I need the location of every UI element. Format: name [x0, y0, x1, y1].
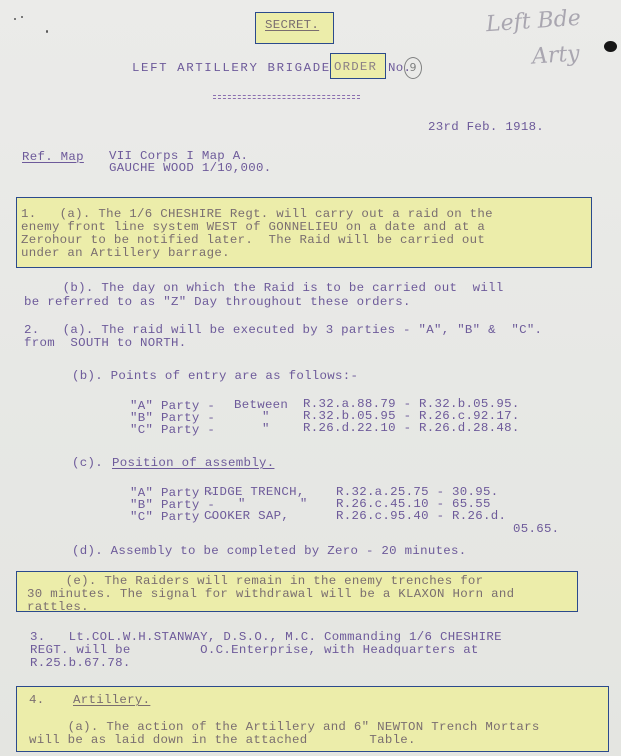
section-4-number: 4. — [29, 694, 44, 706]
section-1b-line: be referred to as "Z" Day throughout the… — [24, 296, 411, 308]
ink-speck — [21, 16, 23, 18]
section-1b-line: (b). The day on which the Raid is to be … — [24, 282, 504, 294]
highlight-section-1a: 1. (a). The 1/6 CHESHIRE Regt. will carr… — [16, 197, 592, 268]
section-2a-line: 2. (a). The raid will be executed by 3 p… — [24, 324, 542, 336]
punch-hole — [604, 41, 617, 52]
section-2c-heading: Position of assembly. — [112, 457, 274, 469]
document-date: 23rd Feb. 1918. — [428, 121, 544, 133]
title-underline-rule — [213, 95, 360, 99]
ink-speck — [14, 18, 16, 20]
order-title-prefix: LEFT ARTILLERY BRIGADE — [132, 62, 331, 74]
handwritten-note-line1: Left Bde — [485, 7, 581, 38]
highlight-order: ORDER — [330, 53, 386, 79]
section-2e-line: 30 minutes. The signal for withdrawal wi… — [27, 588, 514, 600]
entry-coords: R.26.d.22.10 - R.26.d.28.48. — [303, 422, 520, 434]
section-2e-line: rattles. — [27, 601, 89, 613]
section-2a-line: from SOUTH to NORTH. — [24, 337, 186, 349]
section-4a-line: (a). The action of the Artillery and 6" … — [29, 721, 540, 733]
handwritten-note-line2: Arty — [531, 42, 580, 69]
ink-speck — [46, 30, 48, 33]
highlight-secret: SECRET. — [255, 12, 334, 44]
order-title-order: ORDER — [334, 61, 377, 73]
assembly-coords-continued: 05.65. — [513, 523, 559, 535]
entry-where: " — [262, 423, 270, 435]
section-3-line: REGT. will be O.C.Enterprise, with Headq… — [30, 644, 479, 656]
section-1a-line: 1. (a). The 1/6 CHESHIRE Regt. will carr… — [21, 208, 493, 220]
order-number-handwritten: 9 — [404, 57, 422, 79]
section-3-line: 3. Lt.COL.W.H.STANWAY, D.S.O., M.C. Comm… — [30, 631, 502, 643]
section-4a-line: will be as laid down in the attached Tab… — [29, 734, 416, 746]
entry-party-label: "C" Party - — [130, 424, 215, 436]
assembly-party-label: "C" Party - — [130, 511, 215, 523]
section-2e-line: (e). The Raiders will remain in the enem… — [27, 575, 483, 587]
ref-map-label: Ref. Map — [22, 151, 84, 163]
document-page: SECRET. LEFT ARTILLERY BRIGADE ORDER No.… — [0, 0, 621, 756]
section-3-line: R.25.b.67.78. — [30, 657, 131, 669]
classification-label: SECRET. — [265, 19, 319, 31]
ref-map-line2: GAUCHE WOOD 1/10,000. — [109, 162, 271, 174]
highlight-section-2e: (e). The Raiders will remain in the enem… — [16, 571, 578, 612]
section-2c-label: (c). — [72, 457, 103, 469]
assembly-coords: R.26.c.95.40 - R.26.d. — [336, 510, 506, 522]
section-2b-heading: (b). Points of entry are as follows:- — [72, 370, 358, 382]
section-1a-line: under an Artillery barrage. — [21, 247, 230, 259]
section-2d-line: (d). Assembly to be completed by Zero - … — [72, 545, 467, 557]
highlight-section-4: 4. Artillery. (a). The action of the Art… — [16, 686, 609, 752]
assembly-place: COOKER SAP, — [204, 510, 289, 522]
section-1a-line: enemy front line system WEST of GONNELIE… — [21, 221, 485, 233]
section-1a-line: Zerohour to be notified later. The Raid … — [21, 234, 485, 246]
section-4-heading: Artillery. — [73, 694, 150, 706]
